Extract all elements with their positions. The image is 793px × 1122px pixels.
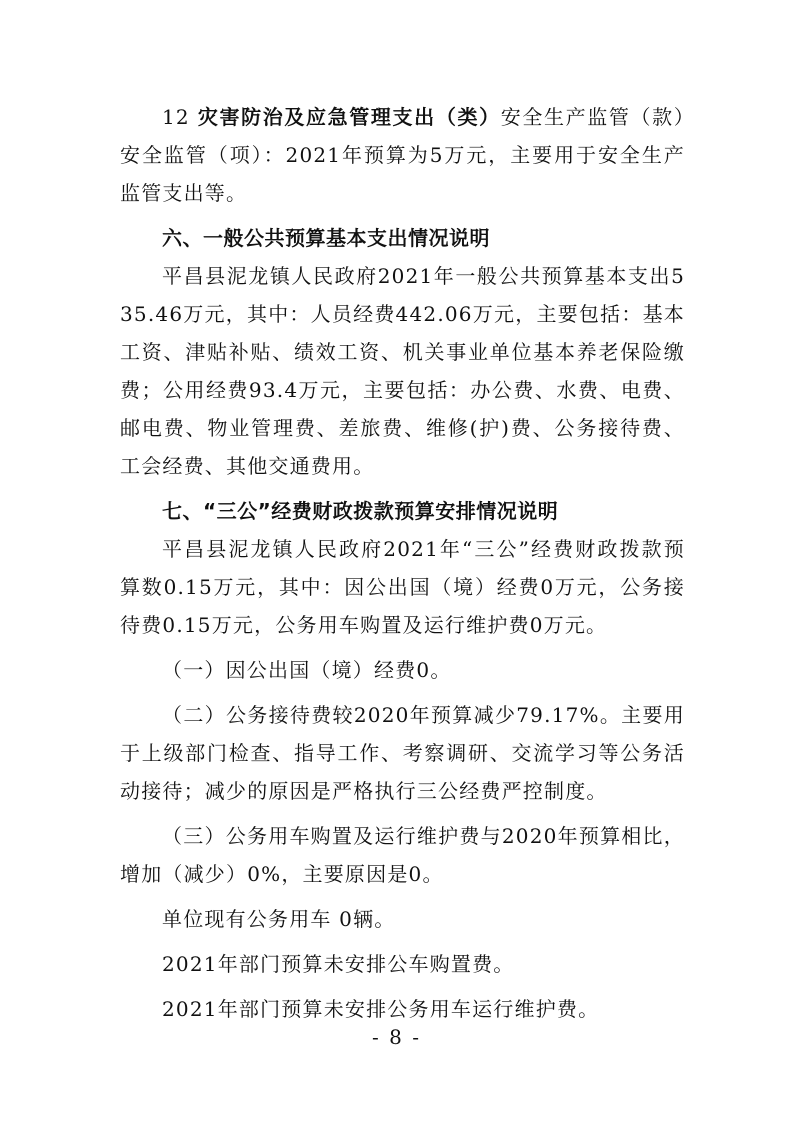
- section-7-sub-2: （二）公务接待费较2020年预算减少79.17%。主要用于上级部门检查、指导工作…: [120, 696, 685, 810]
- purchase-note: 2021年部门预算未安排公车购置费。: [120, 945, 685, 983]
- section-7-body: 平昌县泥龙镇人民政府2021年“三公”经费财政拨款预算数0.15万元，其中：因公…: [120, 530, 685, 644]
- document-page: 12 灾害防治及应急管理支出（类）安全生产监管（款）安全监管（项）：2021年预…: [120, 98, 685, 1028]
- maintenance-note: 2021年部门预算未安排公务用车运行维护费。: [120, 990, 685, 1028]
- page-number: - 8 -: [0, 1025, 793, 1049]
- item-12-paragraph: 12 灾害防治及应急管理支出（类）安全生产监管（款）安全监管（项）：2021年预…: [120, 98, 685, 212]
- vehicles-count: 单位现有公务用车 0辆。: [120, 900, 685, 938]
- section-6-heading: 六、一般公共预算基本支出情况说明: [120, 219, 685, 257]
- item-category-bold: 灾害防治及应急管理支出（类）: [198, 105, 501, 129]
- section-7-heading: 七、“三公”经费财政拨款预算安排情况说明: [120, 492, 685, 530]
- section-7-sub-3: （三）公务用车购置及运行维护费与2020年预算相比，增加（减少）0%，主要原因是…: [120, 817, 685, 893]
- section-7-sub-1: （一）因公出国（境）经费0。: [120, 651, 685, 689]
- section-6-body: 平昌县泥龙镇人民政府2021年一般公共预算基本支出535.46万元，其中：人员经…: [120, 257, 685, 485]
- item-number: 12: [162, 105, 190, 129]
